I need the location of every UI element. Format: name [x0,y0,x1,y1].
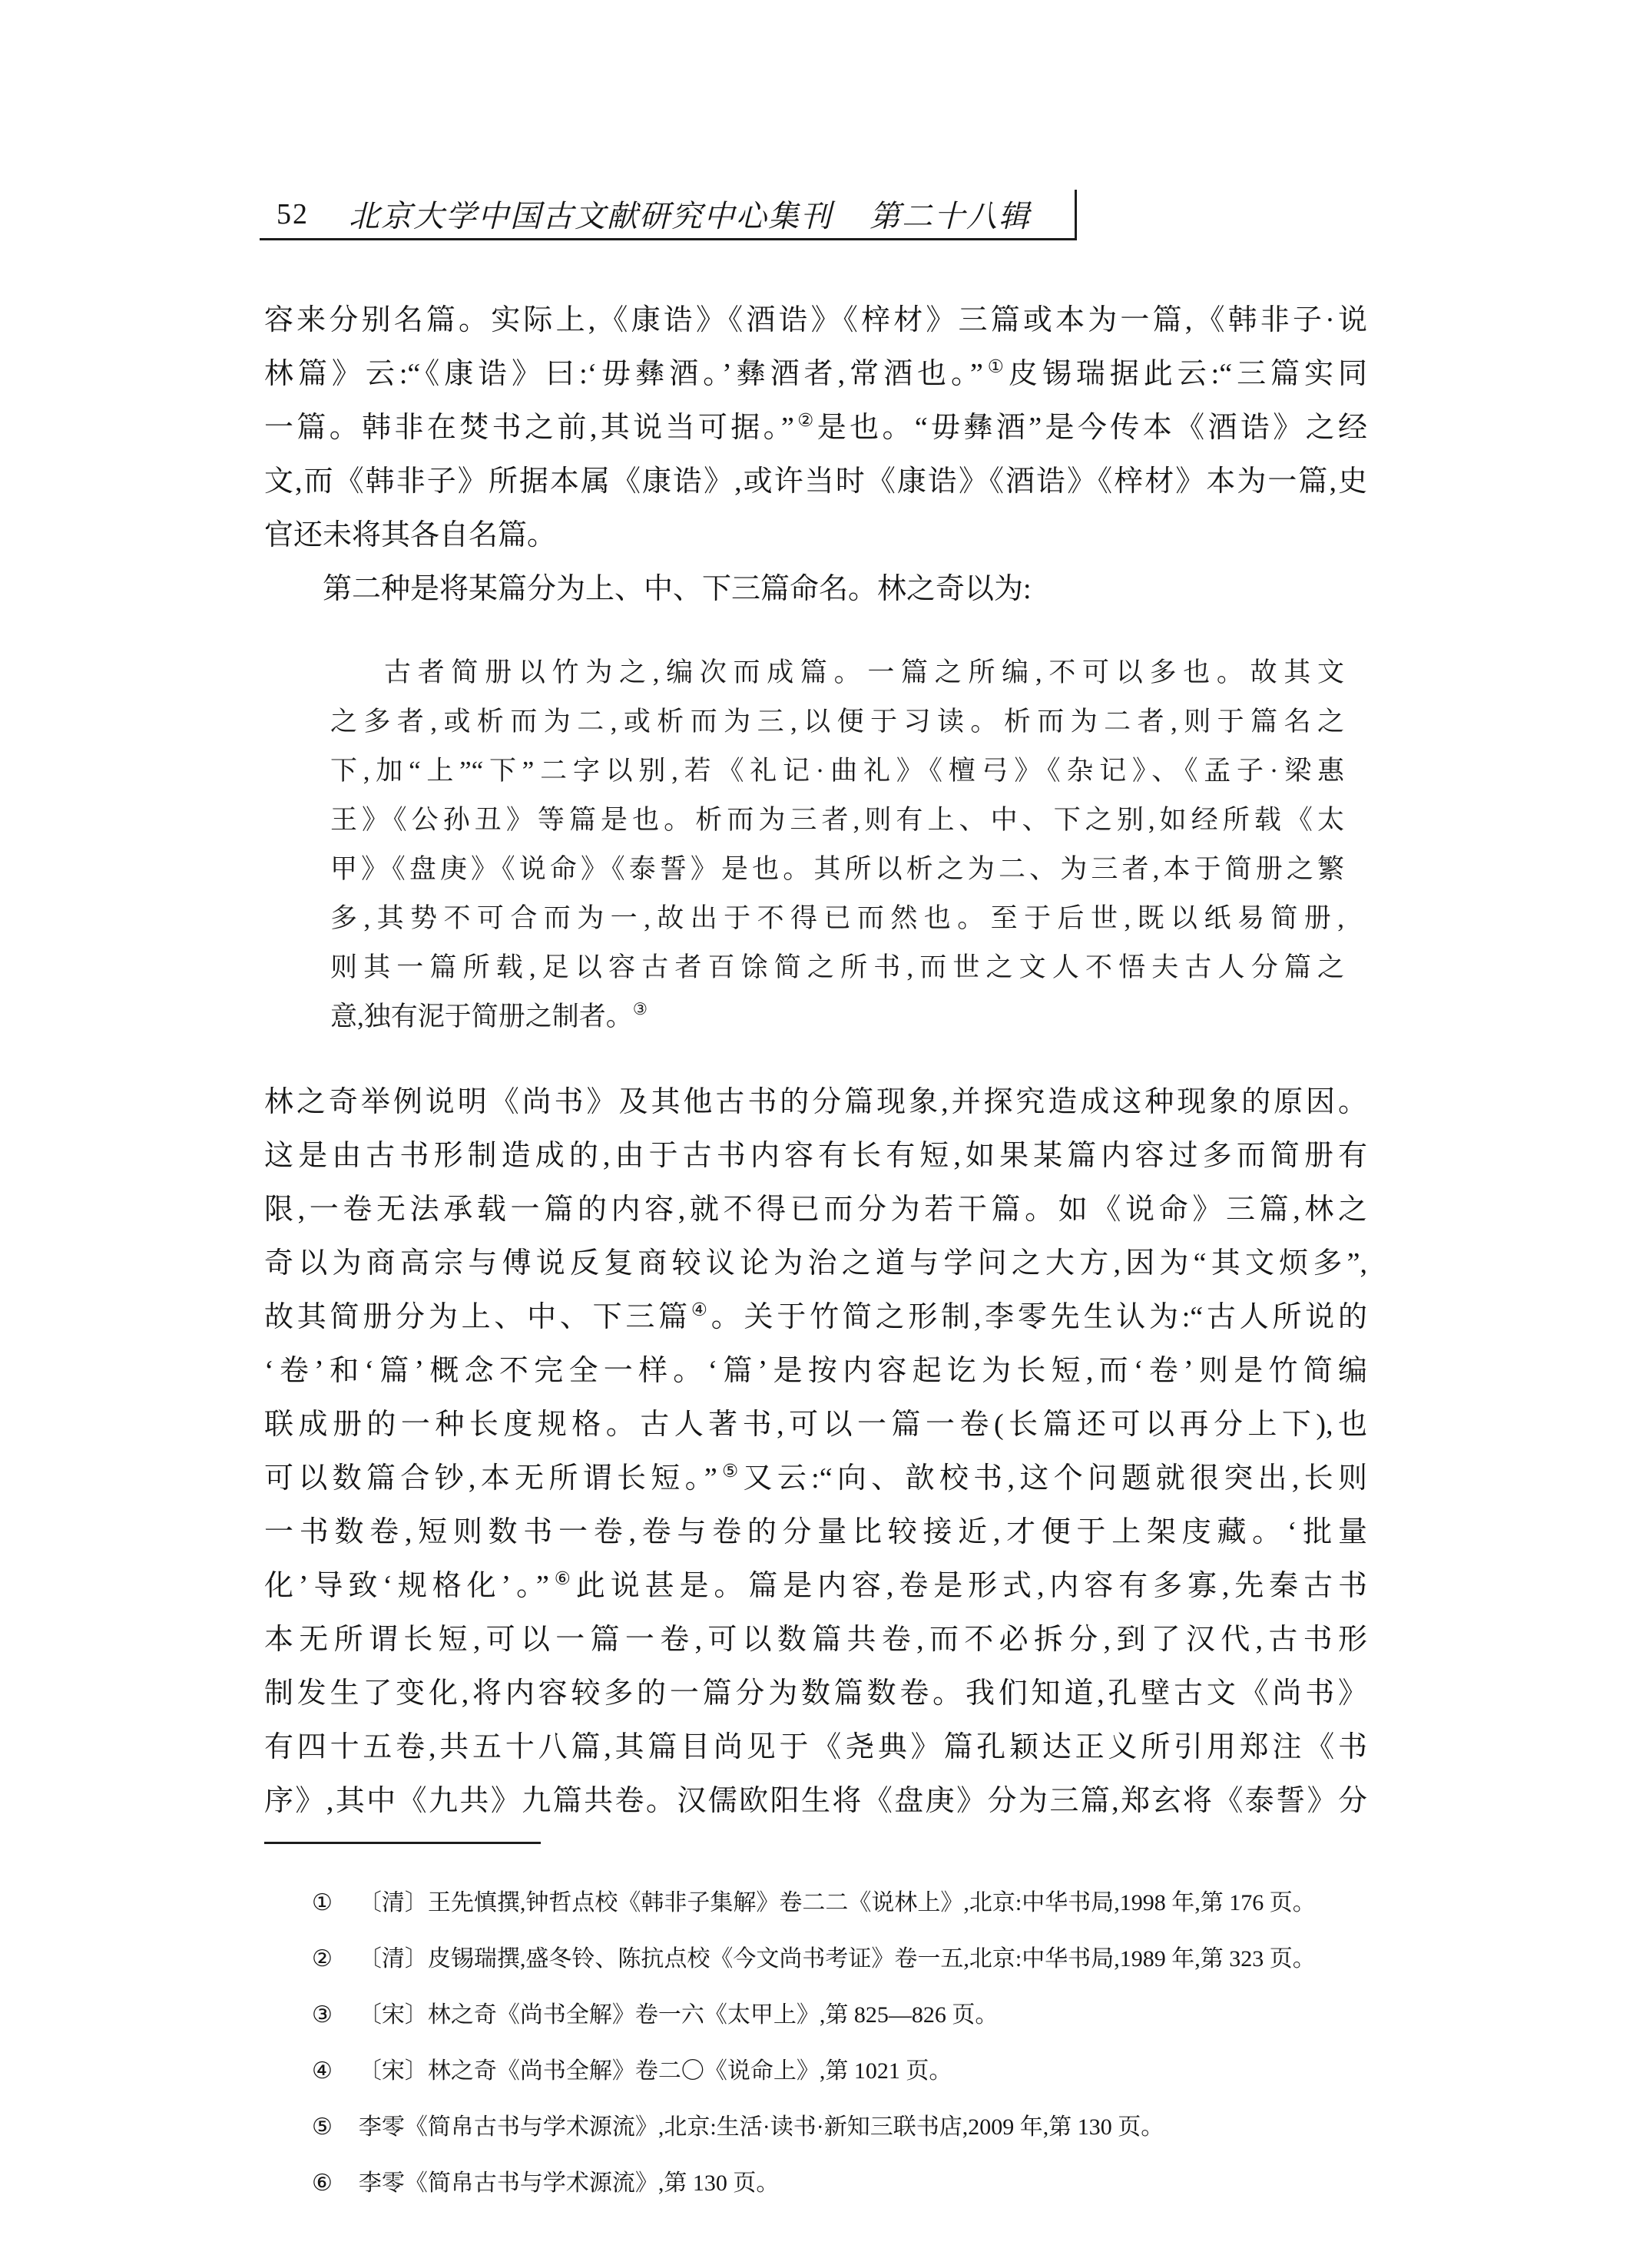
footnote-text: 李零《简帛古书与学术源流》,第 130 页。 [359,2155,780,2211]
running-head: 52 北京大学中国古文献研究中心集刊 第二十八辑 [260,190,1077,240]
footnote-number: ⑤ [312,2099,333,2155]
footnote-ref: ③ [633,1000,648,1018]
text-line: 联成册的一种长度规格。古人著书,可以一篇一卷(长篇还可以再分上下),也 [264,1398,1367,1452]
text-line: 限,一卷无法承载一篇的内容,就不得已而分为若干篇。如《说命》三篇,林之 [264,1183,1367,1237]
text-line: 奇以为商高宗与傅说反复商较议论为治之道与学问之大方,因为“其文烦多”, [264,1237,1367,1290]
journal-volume: 第二十八辑 [869,192,1031,236]
footnote-list: ①〔清〕王先慎撰,钟哲点校《韩非子集解》卷二二《说林上》,北京:中华书局,199… [264,1875,1367,2211]
text-line: 一篇。韩非在焚书之前,其说当可据。”②是也。“毋彝酒”是今传本《酒诰》之经 [264,401,1367,455]
paragraph-continuation: 容来分别名篇。实际上,《康诰》《酒诰》《梓材》三篇或本为一篇,《韩非子·说林篇》… [264,293,1367,562]
text-line: 古者简册以竹为之,编次而成篇。一篇之所编,不可以多也。故其文 [330,648,1344,697]
paragraph-second-type: 第二种是将某篇分为上、中、下三篇命名。林之奇以为: [264,562,1367,616]
text-line: 则其一篇所载,足以容古者百馀简之所书,而世之文人不悟夫古人分篇之 [330,943,1344,992]
text-line: ‘卷’和‘篇’概念不完全一样。‘篇’是按内容起讫为长短,而‘卷’则是竹简编 [264,1344,1367,1398]
footnote-item: ②〔清〕皮锡瑞撰,盛冬铃、陈抗点校《今文尚书考证》卷一五,北京:中华书局,198… [264,1931,1367,1987]
footnote-text: 〔宋〕林之奇《尚书全解》卷一六《太甲上》,第 825—826 页。 [359,1987,999,2043]
block-quote-linzhiqi: 古者简册以竹为之,编次而成篇。一篇之所编,不可以多也。故其文之多者,或析而为二,… [330,648,1344,1041]
footnote-area: ①〔清〕王先慎撰,钟哲点校《韩非子集解》卷二二《说林上》,北京:中华书局,199… [264,1842,1367,2211]
text-line: 制发生了变化,将内容较多的一篇分为数篇数卷。我们知道,孔壁古文《尚书》 [264,1667,1367,1720]
footnote-ref: ⑥ [549,1569,576,1589]
footnote-ref: ⑤ [717,1462,744,1482]
footnote-ref: ④ [691,1300,711,1320]
text-line: 林之奇举例说明《尚书》及其他古书的分篇现象,并探究造成这种现象的原因。 [264,1075,1367,1129]
text-line: 一书数卷,短则数书一卷,卷与卷的分量比较接近,才便于上架庋藏。‘批量 [264,1505,1367,1559]
article-body: 容来分别名篇。实际上,《康诰》《酒诰》《梓材》三篇或本为一篇,《韩非子·说林篇》… [264,293,1367,1828]
footnote-item: ⑥李零《简帛古书与学术源流》,第 130 页。 [264,2155,1367,2211]
footnote-number: ④ [312,2043,333,2099]
text-line: 序》,其中《九共》九篇共卷。汉儒欧阳生将《盘庚》分为三篇,郑玄将《泰誓》分 [264,1774,1367,1828]
text-line: 这是由古书形制造成的,由于古书内容有长有短,如果某篇内容过多而简册有 [264,1129,1367,1183]
text-line: 可以数篇合钞,本无所谓长短。”⑤又云:“向、歆校书,这个问题就很突出,长则 [264,1452,1367,1505]
text-line: 本无所谓长短,可以一篇一卷,可以数篇共卷,而不必拆分,到了汉代,古书形 [264,1613,1367,1667]
text-line: 官还未将其各自名篇。 [264,508,1367,562]
footnote-item: ⑤李零《简帛古书与学术源流》,北京:生活·读书·新知三联书店,2009 年,第 … [264,2099,1367,2155]
text-line: 之多者,或析而为二,或析而为三,以便于习读。析而为二者,则于篇名之 [330,697,1344,747]
text-line: 化’导致‘规格化’。”⑥此说甚是。篇是内容,卷是形式,内容有多寡,先秦古书 [264,1559,1367,1613]
footnote-item: ③〔宋〕林之奇《尚书全解》卷一六《太甲上》,第 825—826 页。 [264,1987,1367,2043]
footnote-item: ④〔宋〕林之奇《尚书全解》卷二〇《说命上》,第 1021 页。 [264,2043,1367,2099]
scanned-page: 52 北京大学中国古文献研究中心集刊 第二十八辑 容来分别名篇。实际上,《康诰》… [0,0,1633,2268]
text-line: 下,加“上”“下”二字以别,若《礼记·曲礼》《檀弓》《杂记》、《孟子·梁惠 [330,747,1344,796]
footnote-item: ①〔清〕王先慎撰,钟哲点校《韩非子集解》卷二二《说林上》,北京:中华书局,199… [264,1875,1367,1931]
text-line: 王》《公孙丑》等篇是也。析而为三者,则有上、中、下之别,如经所载《太 [330,796,1344,845]
footnote-text: 〔清〕皮锡瑞撰,盛冬铃、陈抗点校《今文尚书考证》卷一五,北京:中华书局,1989… [359,1931,1316,1987]
text-line: 故其简册分为上、中、下三篇④。关于竹简之形制,李零先生认为:“古人所说的 [264,1290,1367,1344]
page-number: 52 [277,197,309,231]
footnote-text: 〔宋〕林之奇《尚书全解》卷二〇《说命上》,第 1021 页。 [359,2043,952,2099]
text-line: 有四十五卷,共五十八篇,其篇目尚见于《尧典》篇孔颖达正义所引用郑注《书 [264,1720,1367,1774]
text-line: 容来分别名篇。实际上,《康诰》《酒诰》《梓材》三篇或本为一篇,《韩非子·说 [264,293,1367,347]
footnote-separator [264,1842,541,1844]
text-line: 意,独有泥于简册之制者。③ [330,992,1344,1041]
footnote-number: ⑥ [312,2155,333,2211]
footnote-ref: ② [794,411,817,431]
footnote-ref: ① [983,357,1009,377]
paragraph-discussion: 林之奇举例说明《尚书》及其他古书的分篇现象,并探究造成这种现象的原因。这是由古书… [264,1075,1367,1828]
text-line: 文,而《韩非子》所据本属《康诰》,或许当时《康诰》《酒诰》《梓材》本为一篇,史 [264,455,1367,508]
text-line: 甲》《盘庚》《说命》《泰誓》是也。其所以析之为二、为三者,本于简册之繁 [330,845,1344,894]
journal-title: 北京大学中国古文献研究中心集刊 [349,192,833,236]
text-line: 多,其势不可合而为一,故出于不得已而然也。至于后世,既以纸易简册, [330,894,1344,943]
footnote-number: ① [312,1875,333,1931]
footnote-number: ② [312,1931,333,1987]
footnote-text: 李零《简帛古书与学术源流》,北京:生活·读书·新知三联书店,2009 年,第 1… [359,2099,1164,2155]
footnote-number: ③ [312,1987,333,2043]
footnote-text: 〔清〕王先慎撰,钟哲点校《韩非子集解》卷二二《说林上》,北京:中华书局,1998… [359,1875,1316,1931]
text-line: 第二种是将某篇分为上、中、下三篇命名。林之奇以为: [264,562,1367,616]
text-line: 林篇》云:“《康诰》曰:‘毋彝酒。’彝酒者,常酒也。”①皮锡瑞据此云:“三篇实同 [264,347,1367,401]
